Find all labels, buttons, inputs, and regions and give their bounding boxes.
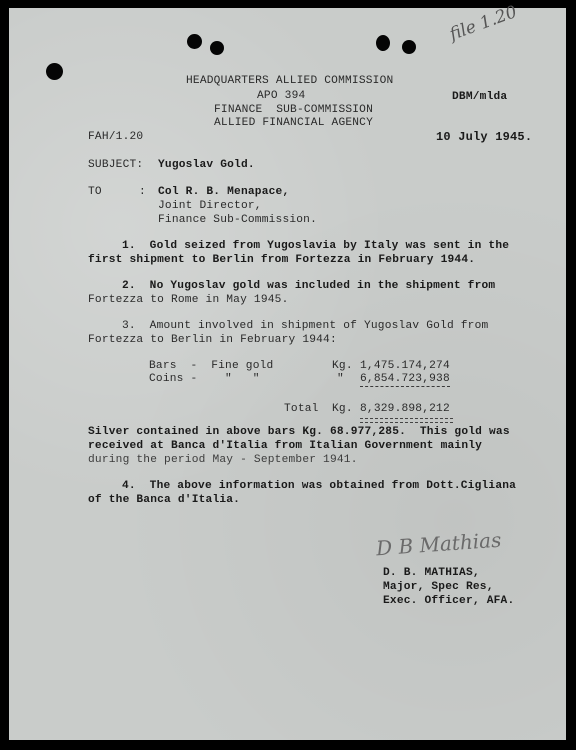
gold-row-bars-unit: Kg. — [332, 360, 353, 373]
recipient-name: Col R. B. Menapace, — [158, 186, 289, 199]
paragraph-3-line1: 3. Amount involved in shipment of Yugosl… — [122, 320, 488, 333]
paragraph-2-line2: Fortezza to Rome in May 1945. — [88, 294, 289, 307]
signer-name: D. B. MATHIAS, — [383, 567, 480, 580]
subject-value: Yugoslav Gold. — [158, 159, 255, 172]
silver-line2: received at Banca d'Italia from Italian … — [88, 440, 482, 453]
letterhead-line4: ALLIED FINANCIAL AGENCY — [214, 117, 373, 130]
gold-row-bars-amount: 1,475.174,274 — [360, 360, 450, 373]
punch-hole — [210, 41, 224, 55]
to-colon: : — [139, 186, 146, 199]
total-double-underline — [360, 418, 453, 423]
letterhead-line2: APO 394 — [257, 90, 305, 103]
recipient-title: Joint Director, — [158, 200, 262, 213]
punch-hole — [187, 34, 202, 49]
gold-row-coins-item: Coins - " " — [149, 373, 260, 386]
gold-row-coins-unit: " — [337, 373, 344, 386]
recipient-office: Finance Sub-Commission. — [158, 214, 317, 227]
gold-total-label: Total — [284, 403, 319, 416]
silver-line3: during the period May - September 1941. — [88, 454, 358, 467]
gold-row-bars-item: Bars - Fine gold — [149, 360, 273, 373]
paragraph-2-line1: 2. No Yugoslav gold was included in the … — [122, 280, 495, 293]
paragraph-1-line1: 1. Gold seized from Yugoslavia by Italy … — [122, 240, 509, 253]
punch-hole — [376, 35, 390, 51]
letterhead-line3: FINANCE SUB-COMMISSION — [214, 104, 373, 117]
document-page: file 1.20 HEADQUARTERS ALLIED COMMISSION… — [9, 8, 566, 740]
document-date: 10 July 1945. — [436, 131, 532, 144]
signer-rank: Major, Spec Res, — [383, 581, 494, 594]
paragraph-1-line2: first shipment to Berlin from Fortezza i… — [88, 254, 475, 267]
handwritten-file-note: file 1.20 — [447, 2, 520, 45]
gold-total-unit: Kg. — [332, 403, 353, 416]
subject-label: SUBJECT: — [88, 159, 143, 172]
letterhead-line1: HEADQUARTERS ALLIED COMMISSION — [186, 75, 393, 88]
punch-hole — [402, 40, 416, 54]
file-number: FAH/1.20 — [88, 131, 143, 144]
paragraph-3-line2: Fortezza to Berlin in February 1944: — [88, 334, 337, 347]
reference-initials: DBM/mlda — [452, 91, 507, 104]
gold-row-coins-amount: 6,854.723,938 — [360, 373, 450, 387]
paragraph-4-line1: 4. The above information was obtained fr… — [122, 480, 516, 493]
gold-total-amount: 8,329.898,212 — [360, 403, 450, 416]
to-label: TO — [88, 186, 102, 199]
silver-line1: Silver contained in above bars Kg. 68.97… — [88, 426, 510, 439]
punch-hole — [46, 63, 63, 80]
signer-title: Exec. Officer, AFA. — [383, 595, 514, 608]
paragraph-4-line2: of the Banca d'Italia. — [88, 494, 240, 507]
signature: D B Mathias — [375, 528, 502, 561]
